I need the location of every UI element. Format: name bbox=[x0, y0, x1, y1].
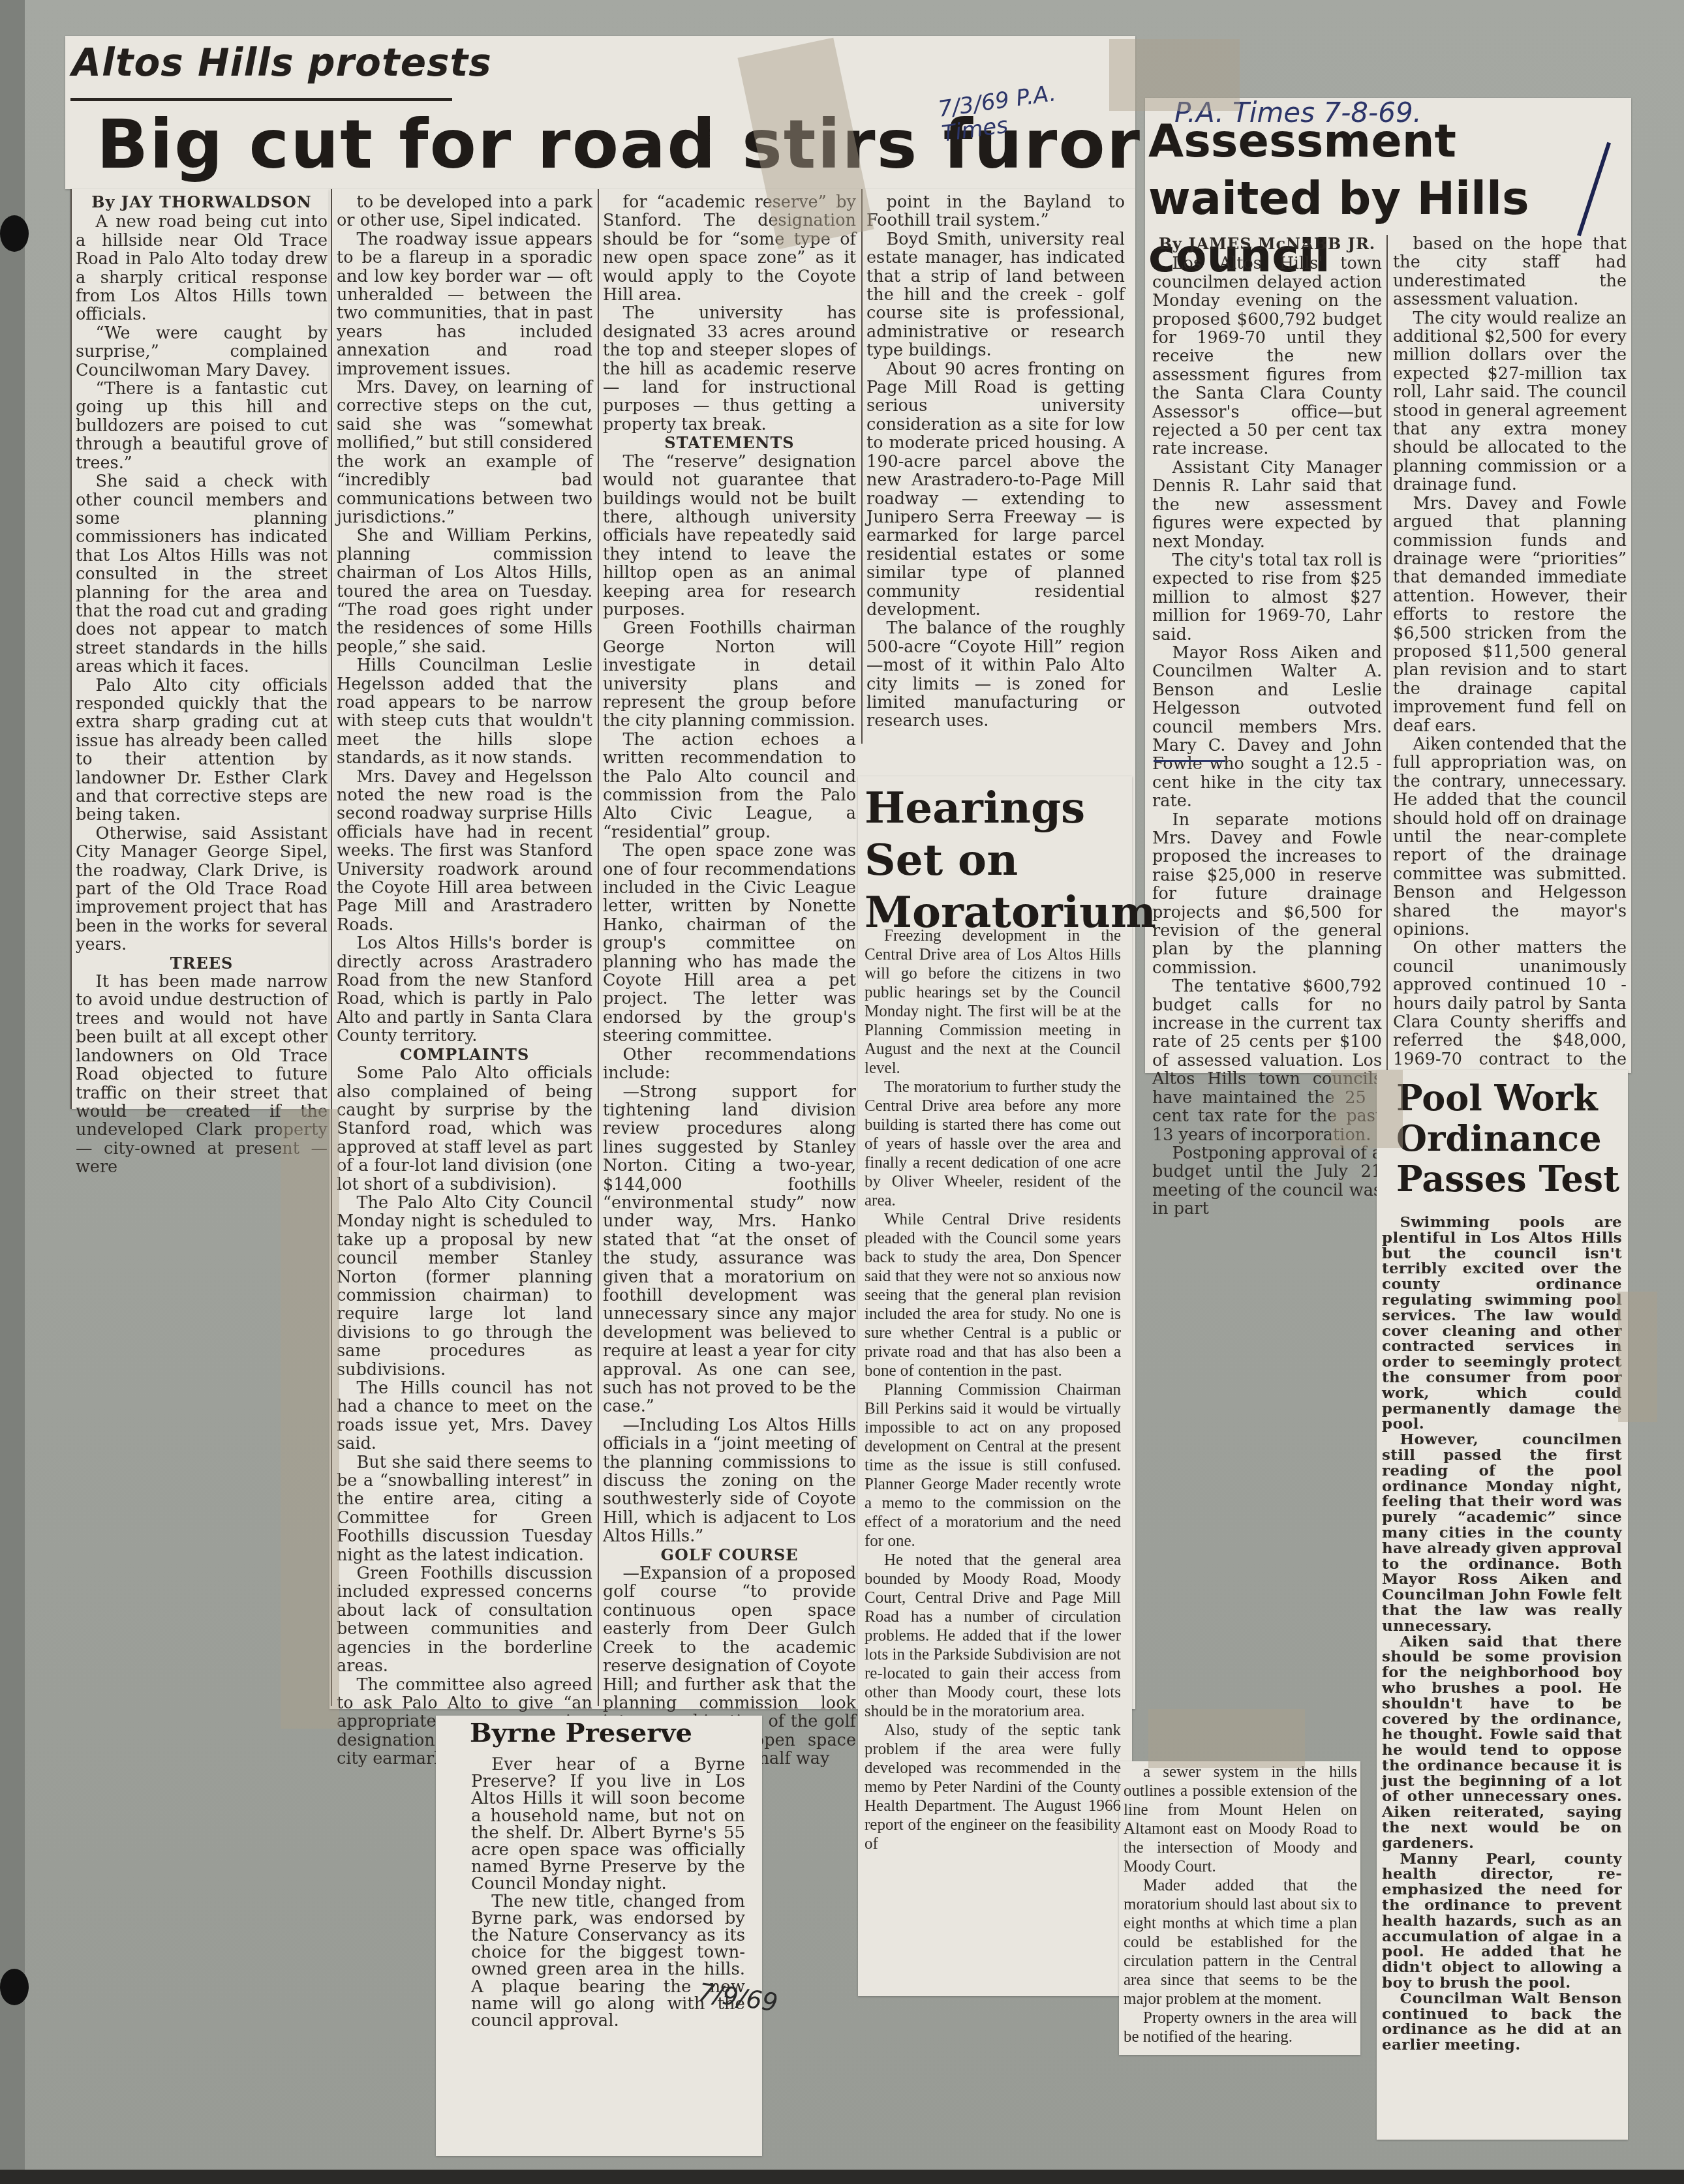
paragraph: Hills Councilman Leslie Hegelsson added … bbox=[337, 656, 592, 767]
assessment-article-byline: By JAMES McNABB JR. bbox=[1152, 235, 1382, 253]
paragraph: to be developed into a park or other use… bbox=[337, 193, 592, 230]
paragraph: based on the hope that the city staff ha… bbox=[1393, 235, 1627, 309]
binder-hole-icon bbox=[0, 1969, 29, 2005]
paragraph: “There is a fantastic cut going up this … bbox=[76, 380, 328, 472]
paragraph: Mrs. Davey and Fowle argued that plannin… bbox=[1393, 494, 1627, 735]
paragraph: Mader added that the moratorium should l… bbox=[1124, 1876, 1357, 2009]
paragraph: The new title, changed from Byrne park, … bbox=[471, 1893, 745, 2030]
paragraph: “We were caught by surprise,” complained… bbox=[76, 324, 328, 380]
subheading: COMPLAINTS bbox=[337, 1046, 592, 1064]
assessment-article-column-1: By JAMES McNABB JR. Los Altos Hills' tow… bbox=[1152, 235, 1382, 1219]
paragraph: Los Altos Hills's border is directly acr… bbox=[337, 934, 592, 1045]
road-article-column-1: By JAY THORWALDSON A new road being cut … bbox=[76, 193, 328, 1177]
paragraph: A new road being cut into a hillside nea… bbox=[76, 213, 328, 324]
headline-line: Set on bbox=[865, 834, 1156, 886]
pool-article-body: Swimming pools are plentiful in Los Alto… bbox=[1382, 1215, 1622, 2053]
paragraph: Green Foothills discussion included expr… bbox=[337, 1564, 592, 1675]
road-article-kicker: Altos Hills protests bbox=[72, 40, 492, 85]
column-rule bbox=[861, 189, 863, 744]
paragraph: Green Foothills chairman George Norton w… bbox=[603, 619, 856, 730]
paragraph: Assistant City Manager Dennis R. Lahr sa… bbox=[1152, 459, 1382, 551]
road-article-column-3: for “academic reserve” by Stanford. The … bbox=[603, 193, 856, 1768]
column-rule bbox=[1386, 235, 1388, 1070]
paragraph: She said a check with other council memb… bbox=[76, 472, 328, 676]
paragraph: —Strong support for tightening land divi… bbox=[603, 1083, 856, 1416]
paragraph: Also, study of the septic tank problem i… bbox=[865, 1721, 1121, 1853]
paragraph: The Palo Alto City Council Monday night … bbox=[337, 1194, 592, 1379]
paragraph: In separate motions Mrs. Davey and Fowle… bbox=[1152, 811, 1382, 978]
paragraph: point in the Bayland to Foothill trail s… bbox=[866, 193, 1125, 230]
assessment-article-column-1-body: Los Altos Hills' town councilmen delayed… bbox=[1152, 254, 1382, 1218]
paragraph: The roadway issue appears to be a flareu… bbox=[337, 230, 592, 378]
pool-article-headline: Pool WorkOrdinancePasses Test bbox=[1396, 1078, 1619, 1199]
paragraph: The tentative $600,792 budget calls for … bbox=[1152, 977, 1382, 1144]
paragraph: The Hills council has not had a chance t… bbox=[337, 1379, 592, 1453]
board-spine bbox=[0, 0, 25, 2184]
paragraph: The city's total tax roll is expected to… bbox=[1152, 551, 1382, 644]
paragraph: Planning Commission Chairman Bill Perkin… bbox=[865, 1380, 1121, 1551]
moratorium-article-headline: HearingsSet onMoratorium bbox=[865, 781, 1156, 938]
byrne-article-headline: Byrne Preserve bbox=[470, 1720, 692, 1747]
headline-line: Ordinance bbox=[1396, 1118, 1619, 1159]
paragraph: for “academic reserve” by Stanford. The … bbox=[603, 193, 856, 304]
paragraph: a sewer system in the hills outlines a p… bbox=[1124, 1763, 1357, 1876]
paragraph: The balance of the roughly 500-acre “Coy… bbox=[866, 619, 1125, 730]
paragraph: The “reserve” designation would not guar… bbox=[603, 453, 856, 620]
headline-line: Hearings bbox=[865, 781, 1156, 834]
board-bottom-edge bbox=[0, 2170, 1684, 2184]
paragraph: The moratorium to further study the Cent… bbox=[865, 1078, 1121, 1210]
paragraph: She and William Perkins, planning commis… bbox=[337, 526, 592, 656]
paragraph: Swimming pools are plentiful in Los Alto… bbox=[1382, 1215, 1622, 1432]
paragraph: Manny Pearl, county health director, re-… bbox=[1382, 1851, 1622, 1991]
binder-hole-icon bbox=[0, 215, 29, 252]
paragraph: —Including Los Altos Hills officials in … bbox=[603, 1416, 856, 1546]
paragraph: Los Altos Hills' town councilmen delayed… bbox=[1152, 254, 1382, 458]
paragraph: But she said there seems to be a “snowba… bbox=[337, 1453, 592, 1564]
paragraph: The action echoes a written recommendati… bbox=[603, 731, 856, 842]
paragraph: Some Palo Alto officials also complained… bbox=[337, 1064, 592, 1194]
subheading: GOLF COURSE bbox=[603, 1546, 856, 1564]
paragraph: However, councilmen still passed the fir… bbox=[1382, 1432, 1622, 1633]
paragraph: Aiken contended that the full appropriat… bbox=[1393, 735, 1627, 939]
paragraph: While Central Drive residents pleaded wi… bbox=[865, 1210, 1121, 1380]
paragraph: Ever hear of a Byrne Preserve? If you li… bbox=[471, 1756, 745, 1893]
road-article-column-2: to be developed into a park or other use… bbox=[337, 193, 592, 1768]
moratorium-article-column-2: a sewer system in the hills outlines a p… bbox=[1124, 1763, 1357, 2046]
paragraph: Property owners in the area will be noti… bbox=[1124, 2009, 1357, 2046]
column-rule bbox=[598, 189, 599, 1706]
subheading: TREES bbox=[76, 954, 328, 973]
road-article-column-1-body: A new road being cut into a hillside nea… bbox=[76, 213, 328, 1176]
paragraph: Councilman Walt Benson continued to back… bbox=[1382, 1991, 1622, 2053]
headline-line: Passes Test bbox=[1396, 1159, 1619, 1199]
paragraph: Mayor Ross Aiken and Councilmen Walter A… bbox=[1152, 644, 1382, 811]
column-rule bbox=[70, 189, 72, 1109]
paragraph: Palo Alto city officials responded quick… bbox=[76, 676, 328, 825]
headline-line: Pool Work bbox=[1396, 1078, 1619, 1118]
paragraph: He noted that the general area bounded b… bbox=[865, 1551, 1121, 1721]
moratorium-article-column-1: Freezing development in the Central Driv… bbox=[865, 926, 1121, 1853]
paragraph: The university has designated 33 acres a… bbox=[603, 304, 856, 434]
road-article-byline: By JAY THORWALDSON bbox=[76, 193, 328, 211]
paragraph: About 90 acres fronting on Page Mill Roa… bbox=[866, 360, 1125, 620]
subheading: STATEMENTS bbox=[603, 434, 856, 452]
pen-underline bbox=[1154, 760, 1225, 762]
paragraph: Mrs. Davey and Hegelsson noted the new r… bbox=[337, 768, 592, 935]
paragraph: Aiken said that there should be some pro… bbox=[1382, 1634, 1622, 1851]
paragraph: Other recommendations include: bbox=[603, 1046, 856, 1083]
paragraph: Otherwise, said Assistant City Manager G… bbox=[76, 825, 328, 954]
paragraph: Freezing development in the Central Driv… bbox=[865, 926, 1121, 1078]
column-rule bbox=[331, 189, 332, 1706]
kicker-divider bbox=[70, 98, 452, 101]
paragraph: The city would realize an additional $2,… bbox=[1393, 309, 1627, 494]
road-article-column-4: point in the Bayland to Foothill trail s… bbox=[866, 193, 1125, 731]
paragraph: The open space zone was one of four reco… bbox=[603, 842, 856, 1045]
paragraph: Mrs. Davey, on learning of corrective st… bbox=[337, 378, 592, 526]
paragraph: Boyd Smith, university real estate manag… bbox=[866, 230, 1125, 360]
paragraph: It has been made narrow to avoid undue d… bbox=[76, 973, 328, 1176]
paragraph: Postponing approval of a budget until th… bbox=[1152, 1144, 1382, 1219]
